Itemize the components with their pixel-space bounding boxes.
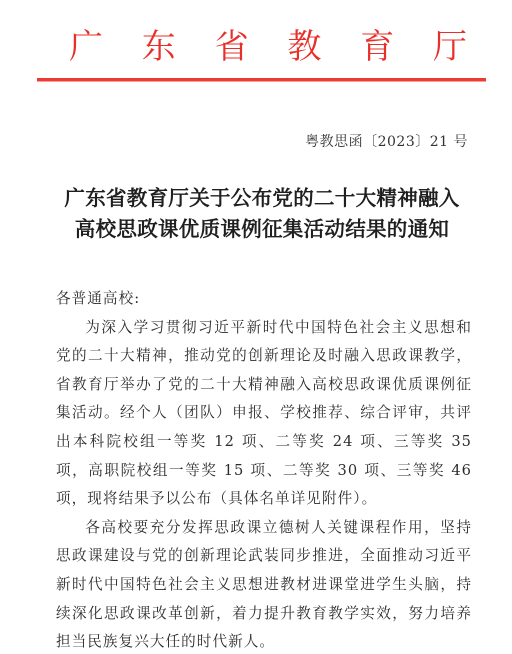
salutation: 各普通高校:	[56, 285, 472, 314]
letterhead-char: 育	[359, 27, 395, 67]
document-number: 粤教思函〔2023〕21 号	[305, 133, 468, 151]
letterhead-char: 省	[214, 27, 250, 67]
letterhead-red-rule	[37, 78, 486, 82]
letterhead: 广 东 省 教 育 厅	[37, 22, 487, 72]
letterhead-char: 广	[68, 27, 104, 67]
letterhead-char: 东	[141, 27, 177, 67]
letterhead-char: 教	[286, 27, 322, 67]
letterhead-char: 厅	[432, 27, 468, 67]
document-title-line: 高校思政课优质课例征集活动结果的通知	[50, 214, 474, 245]
document-title-line: 广东省教育厅关于公布党的二十大精神融入	[50, 183, 474, 214]
document-body: 各普通高校: 为深入学习贯彻习近平新时代中国特色社会主义思想和党的二十大精神，推…	[56, 285, 472, 654]
paragraph: 各高校要充分发挥思政课立德树人关键课程作用，坚持思政课建设与党的创新理论武装同步…	[56, 514, 472, 654]
letterhead-title: 广 东 省 教 育 厅	[68, 27, 468, 67]
paragraph: 为深入学习贯彻习近平新时代中国特色社会主义思想和党的二十大精神，推动党的创新理论…	[56, 314, 472, 514]
document-title: 广东省教育厅关于公布党的二十大精神融入 高校思政课优质课例征集活动结果的通知	[50, 183, 474, 245]
